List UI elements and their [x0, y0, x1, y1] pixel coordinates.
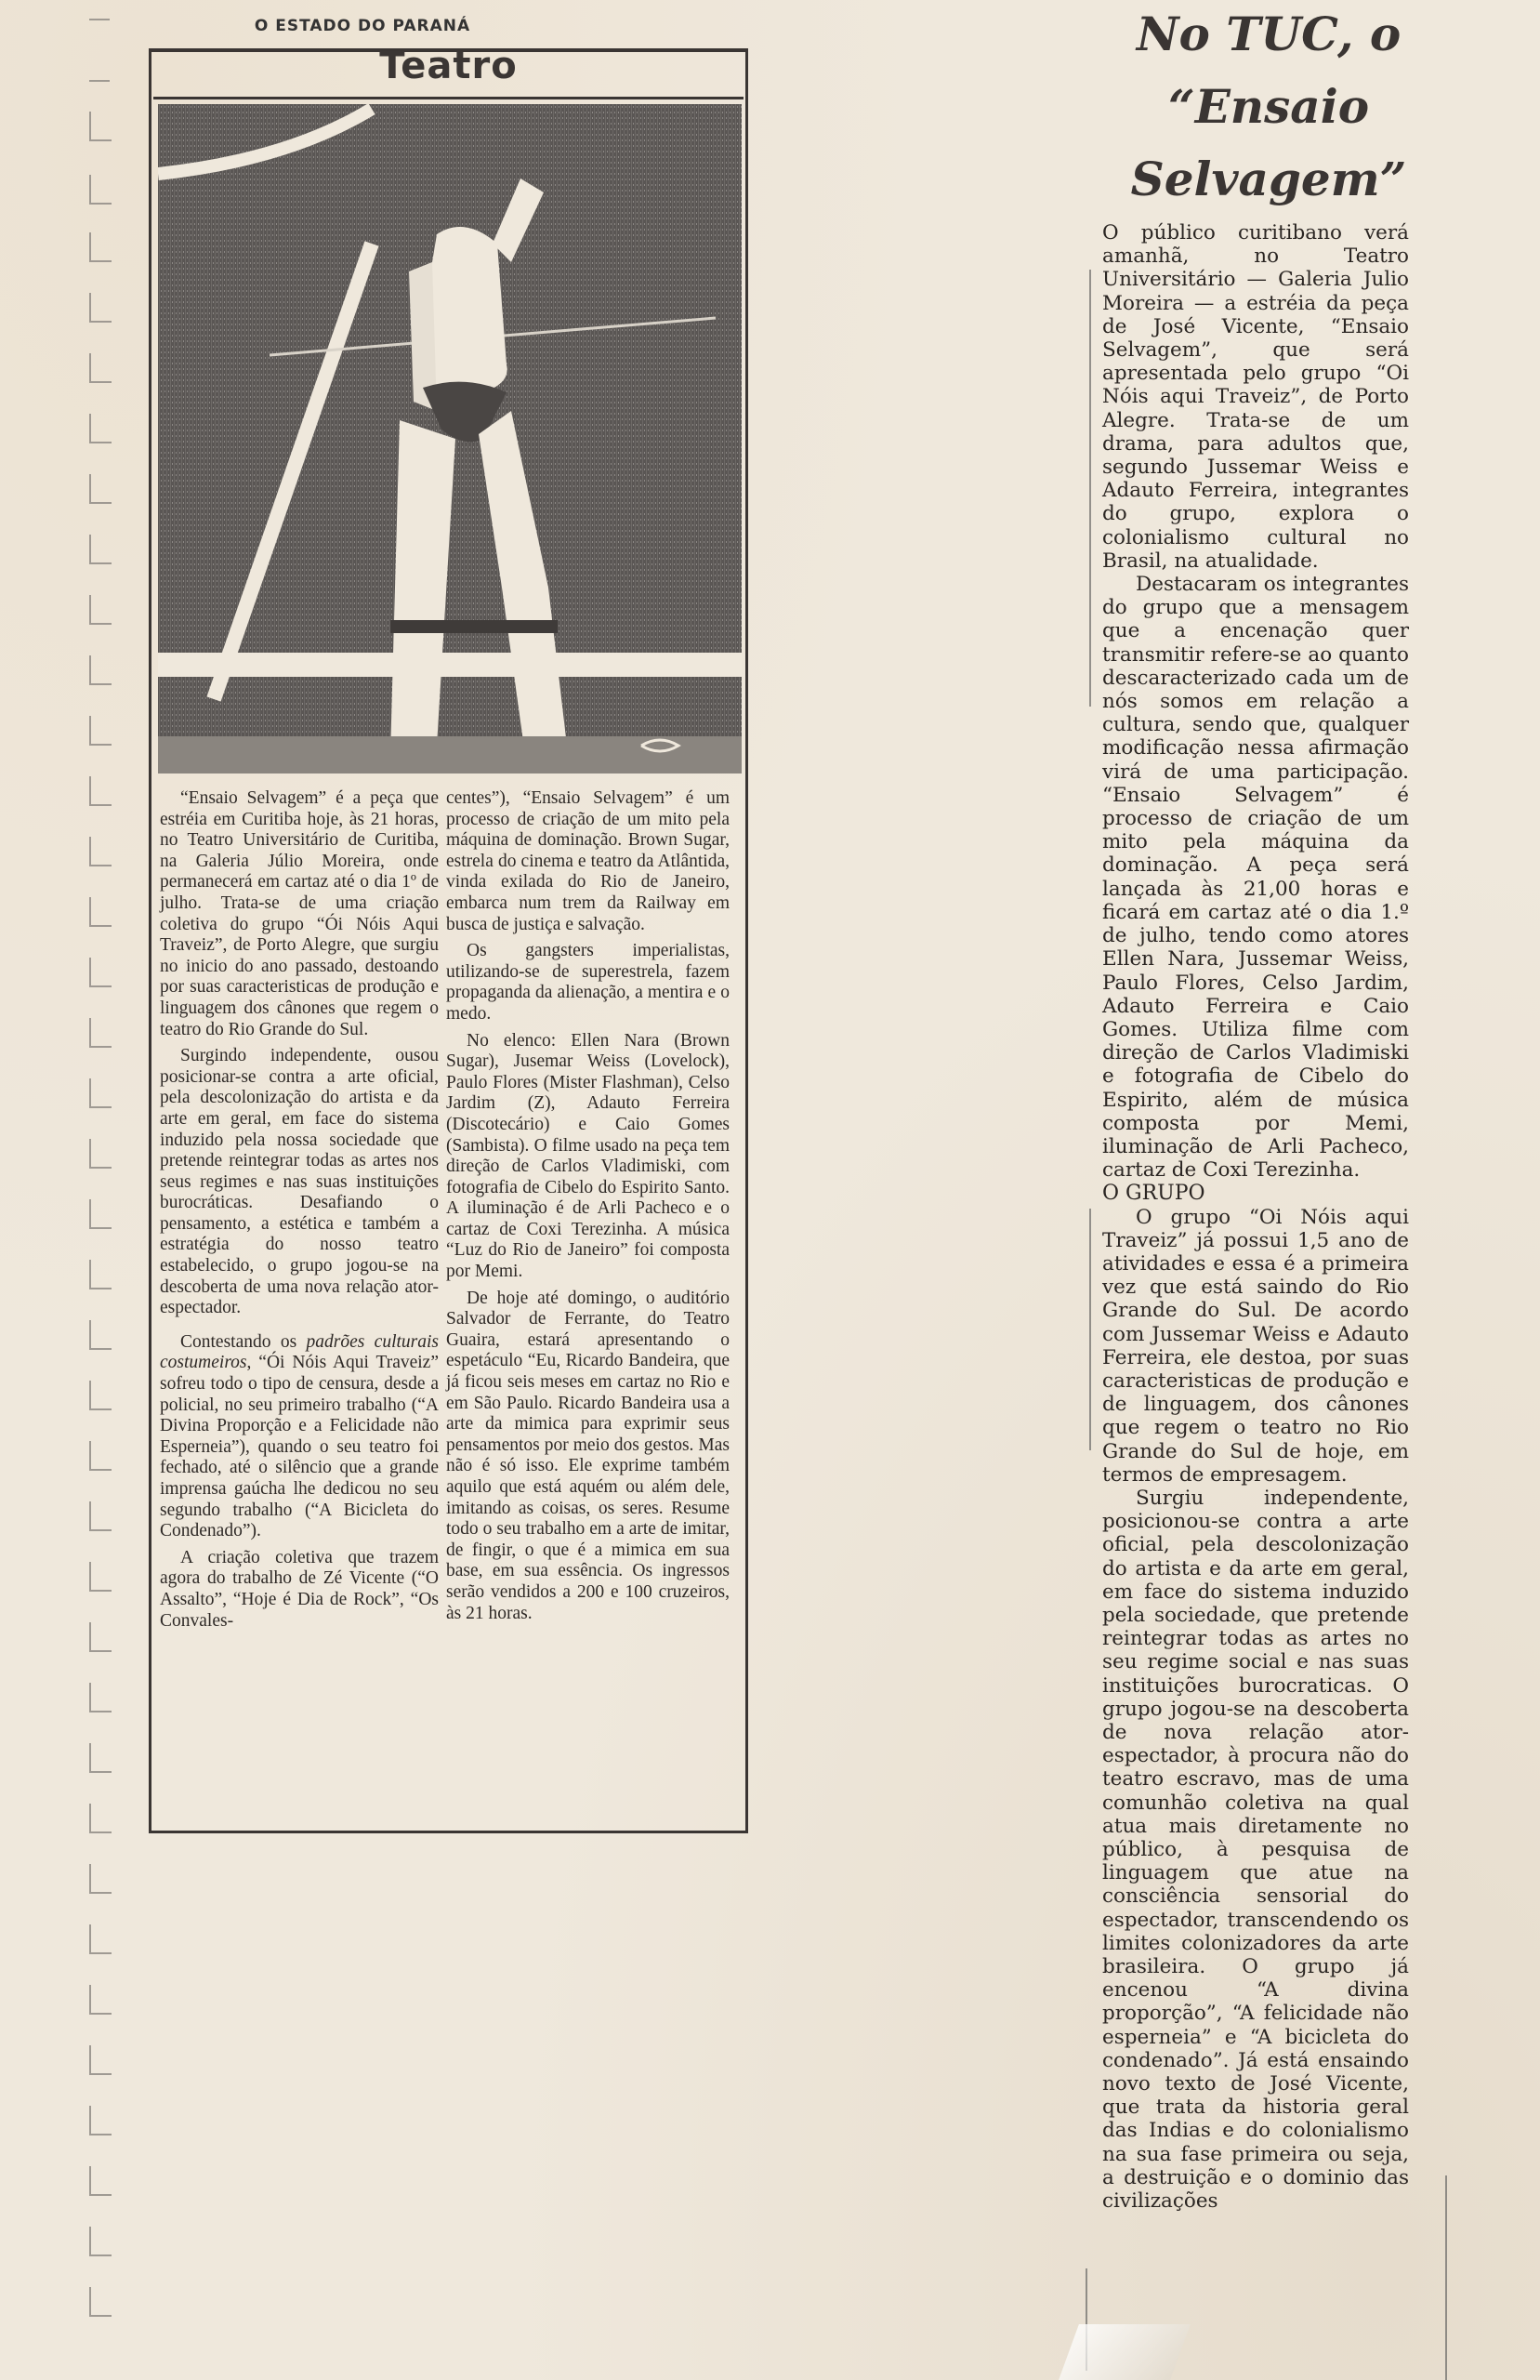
- headline-line: “Ensaio: [1092, 73, 1445, 141]
- article-paragraph: De hoje até domingo, o auditório Salvado…: [446, 1289, 730, 1625]
- margin-mark: [89, 353, 112, 383]
- margin-mark: [89, 1562, 112, 1592]
- article-paragraph: No elenco: Ellen Nara (Brown Sugar), Jus…: [446, 1031, 730, 1283]
- article-paragraph: Contestando os padrões culturais costume…: [160, 1332, 439, 1542]
- margin-mark: [89, 1441, 112, 1471]
- margin-mark: [89, 2227, 112, 2256]
- text-run: Contestando os: [180, 1332, 307, 1352]
- newspaper-masthead: O ESTADO DO PARANÁ: [0, 17, 725, 35]
- margin-mark: [89, 1683, 112, 1712]
- margin-mark: [89, 1804, 112, 1833]
- margin-mark: [89, 716, 112, 746]
- paper-crease: [1059, 2324, 1191, 2380]
- margin-mark: [89, 1985, 112, 2015]
- margin-mark: [89, 1260, 112, 1289]
- margin-mark: [89, 1864, 112, 1894]
- article-paragraph: Os gangsters imperialistas, utilizando-s…: [446, 941, 730, 1025]
- article-paragraph: O grupo “Oi Nóis aqui Traveiz” já possui…: [1102, 1206, 1409, 1487]
- margin-mark: [89, 1078, 112, 1108]
- headline-line: Selvagem”: [1092, 145, 1445, 214]
- margin-mark: [89, 1501, 112, 1531]
- article-paragraph: A criação coletiva que trazem agora do t…: [160, 1548, 439, 1632]
- margin-mark: [89, 655, 112, 685]
- margin-mark: [89, 1018, 112, 1048]
- headline: No TUC, o “Ensaio Selvagem”: [1092, 0, 1445, 214]
- margin-mark: [89, 776, 112, 806]
- cut-edge: [1445, 2175, 1447, 2380]
- article-photo: [158, 104, 742, 773]
- article-paragraph: Destacaram os integrantes do grupo que a…: [1102, 573, 1409, 1182]
- margin-mark: [89, 1622, 112, 1652]
- article-paragraph: centes”), “Ensaio Selvagem” é um process…: [446, 788, 730, 935]
- section-title: Teatro: [149, 45, 748, 87]
- cut-edge: [1089, 270, 1091, 707]
- margin-mark: [89, 1924, 112, 1954]
- margin-mark: [89, 80, 110, 82]
- margin-mark: [89, 535, 112, 564]
- margin-mark: [89, 1743, 112, 1773]
- title-rule: [153, 97, 744, 99]
- margin-mark: [89, 1199, 112, 1229]
- margin-mark: [89, 837, 112, 866]
- cut-edge: [1089, 1209, 1091, 1450]
- margin-mark: [89, 414, 112, 443]
- article-paragraph: O público curitibano verá amanhã, no Tea…: [1102, 221, 1409, 573]
- article-column-2: centes”), “Ensaio Selvagem” é um process…: [446, 788, 730, 1624]
- margin-mark: [89, 112, 112, 141]
- article-paragraph: “Ensaio Selvagem” é a peça que estréia e…: [160, 788, 439, 1040]
- margin-mark: [89, 293, 112, 323]
- margin-mark: [89, 2106, 112, 2135]
- margin-mark: [89, 1320, 112, 1350]
- margin-mark: [89, 474, 112, 504]
- margin-mark: [89, 2287, 112, 2317]
- margin-mark: [89, 2045, 112, 2075]
- margin-mark: [89, 2166, 112, 2196]
- article-column-1: “Ensaio Selvagem” é a peça que estréia e…: [160, 788, 439, 1632]
- margin-mark: [89, 595, 112, 625]
- subheading: O GRUPO: [1102, 1182, 1409, 1205]
- margin-mark: [89, 958, 112, 987]
- margin-mark: [89, 897, 112, 927]
- margin-mark: [89, 175, 112, 205]
- article-body: O público curitibano verá amanhã, no Tea…: [1102, 221, 1409, 2213]
- article-paragraph: Surgiu independente, posicionou-se contr…: [1102, 1487, 1409, 2213]
- margin-mark: [89, 1381, 112, 1410]
- margin-mark: [89, 1139, 112, 1169]
- photo-icon: [158, 104, 742, 773]
- headline-line: No TUC, o: [1092, 0, 1445, 69]
- article-paragraph: Surgindo independente, ousou posicionar-…: [160, 1046, 439, 1319]
- margin-mark: [89, 232, 112, 262]
- text-run: , “Ói Nóis Aqui Traveiz” sofreu todo o t…: [160, 1353, 439, 1540]
